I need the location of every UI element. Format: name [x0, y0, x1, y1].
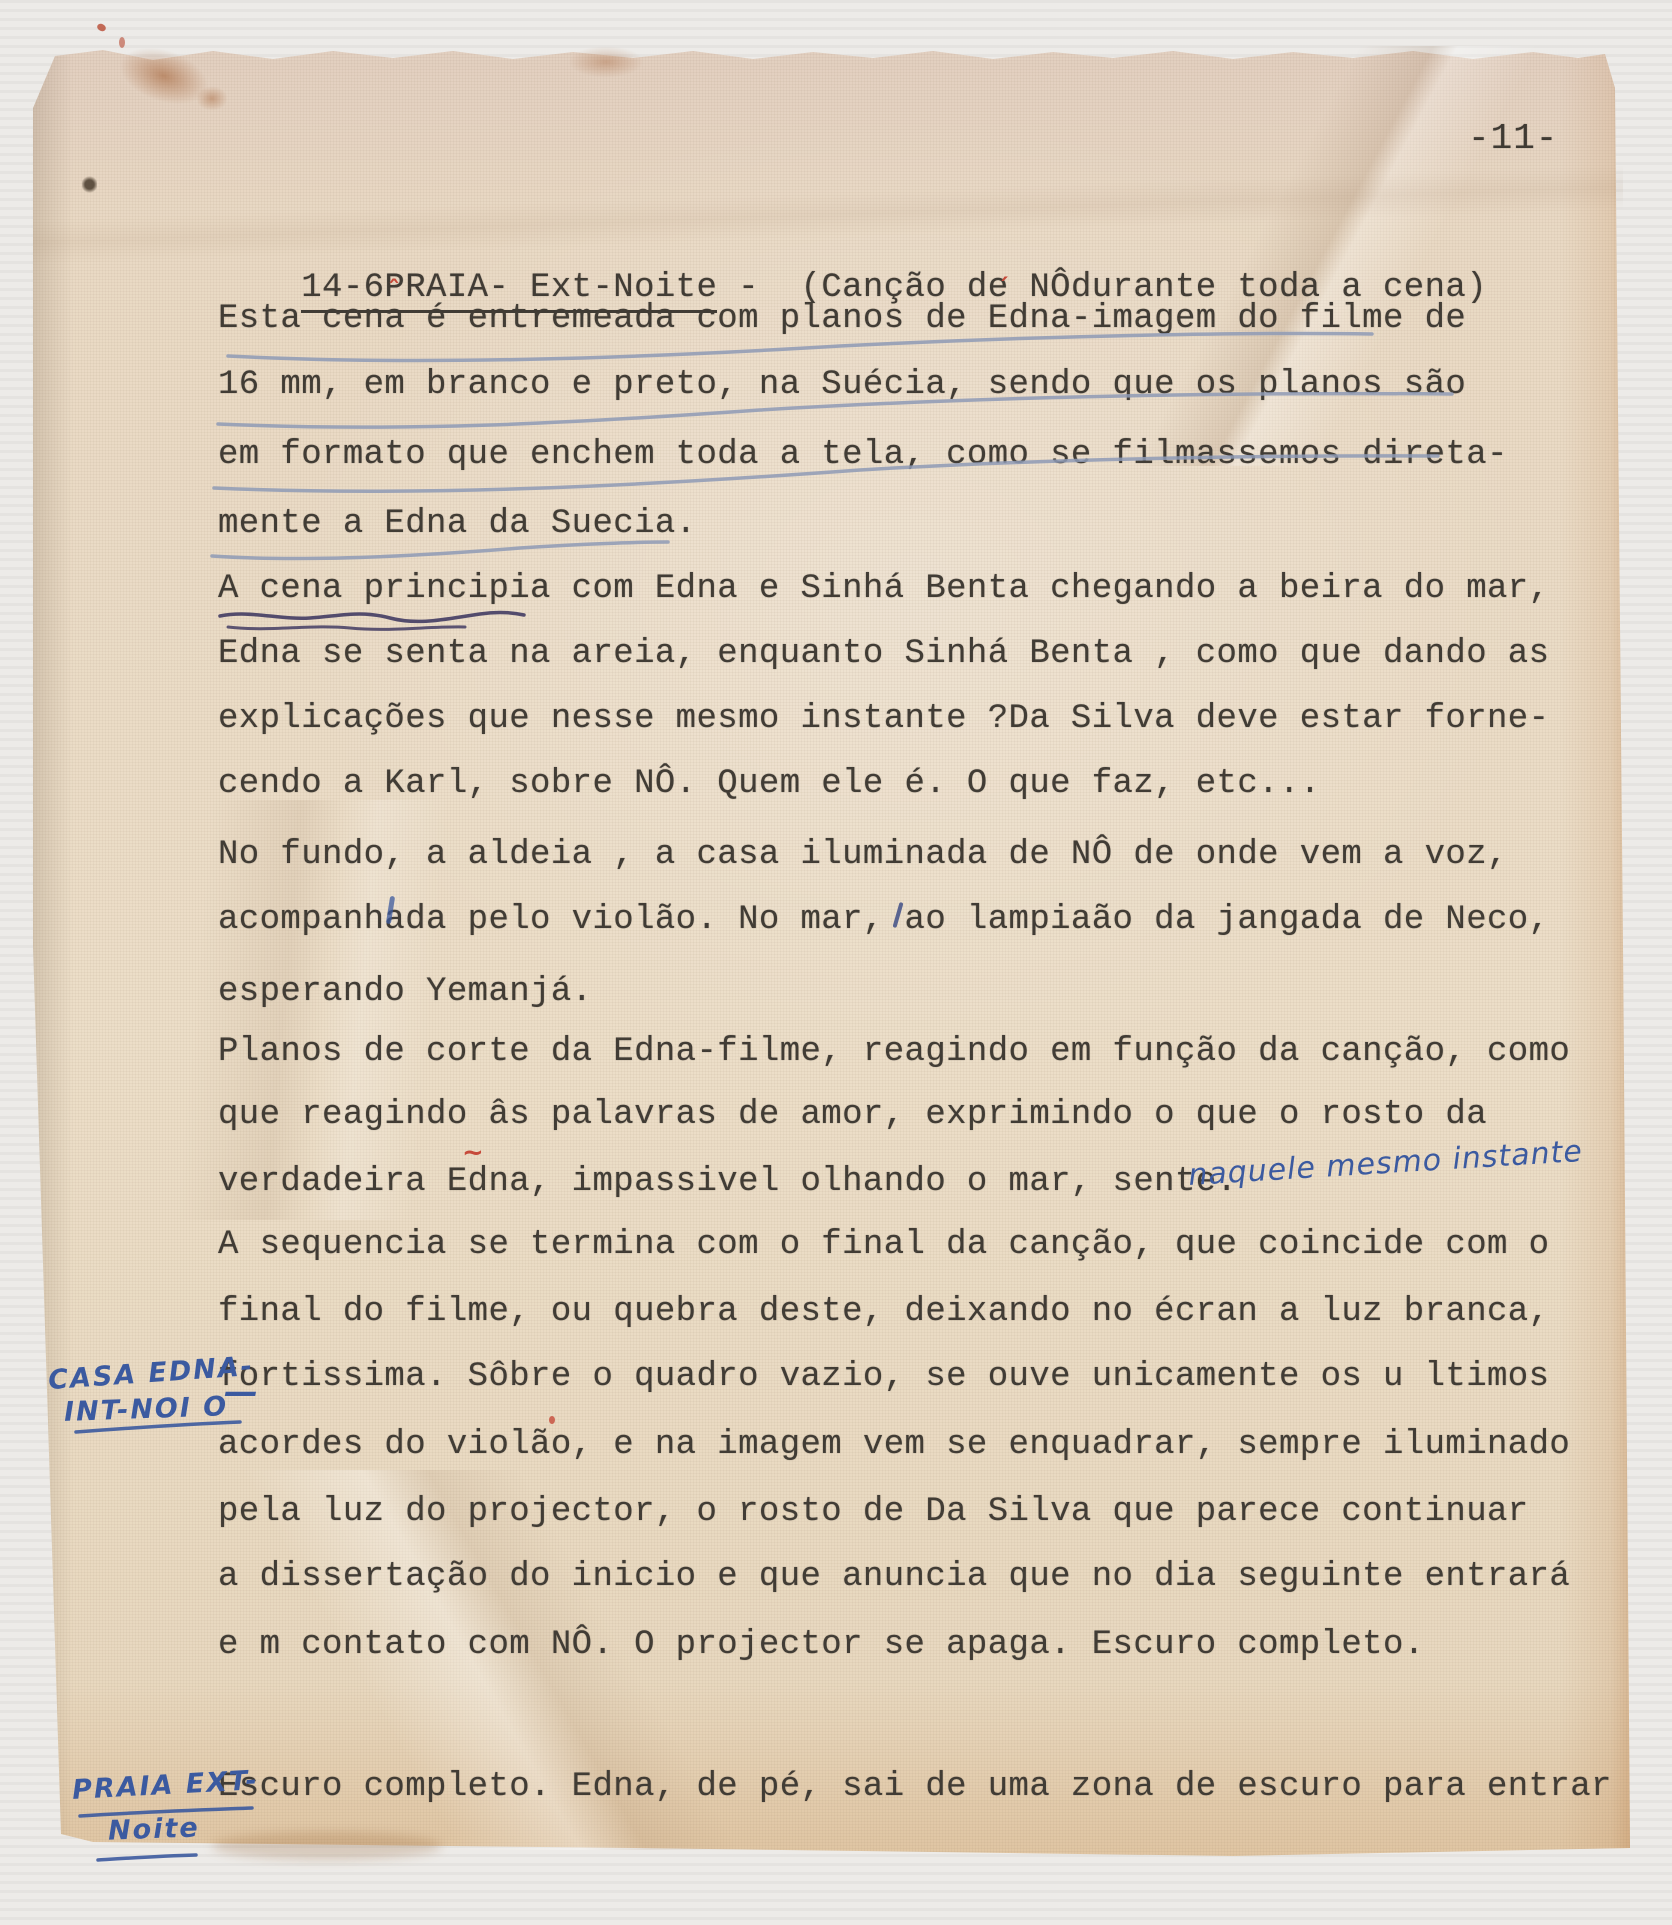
red-speck [96, 22, 107, 32]
red-speck [119, 37, 125, 48]
typed-line: esperando Yemanjá. [218, 975, 592, 1009]
typed-line: Edna se senta na areia, enquanto Sinhá B… [218, 637, 1549, 671]
typed-line: acordes do violão, e na imagem vem se en… [218, 1428, 1570, 1462]
typed-line: cendo a Karl, sobre NÔ. Quem ele é. O qu… [218, 767, 1321, 801]
margin-note-dash: — [224, 1372, 260, 1412]
typed-line: a dissertação do inicio e que anuncia qu… [218, 1560, 1570, 1594]
typed-line: e m contato com NÔ. O projector se apaga… [218, 1628, 1425, 1662]
typed-line: Esta cena é entremeada com planos de Edn… [218, 302, 1466, 336]
margin-note-praia-line2: Noite [107, 1812, 200, 1846]
typed-line: explicações que nesse mesmo instante ?Da… [218, 702, 1549, 736]
page-number: -11- [1468, 118, 1558, 159]
typed-line: final do filme, ou quebra deste, deixand… [218, 1295, 1549, 1329]
scanned-script-page: -11- 14-6PRAIA- Ext-Noite - (Canção de N… [0, 0, 1672, 1925]
typed-line: A sequencia se termina com o final da ca… [218, 1228, 1549, 1262]
typed-line: pela luz do projector, o rosto de Da Sil… [218, 1495, 1529, 1529]
typed-line: verdadeira Edna, impassivel olhando o ma… [218, 1165, 1237, 1199]
typed-line: 16 mm, em branco e preto, na Suécia, sen… [218, 368, 1466, 402]
typed-line: No fundo, a aldeia , a casa iluminada de… [218, 838, 1508, 872]
typed-line: Planos de corte da Edna-filme, reagindo … [218, 1035, 1570, 1069]
margin-note-underline [98, 1855, 196, 1860]
typed-line: Escuro completo. Edna, de pé, sai de uma… [218, 1770, 1612, 1804]
typed-line: A cena principia com Edna e Sinhá Benta … [218, 572, 1549, 606]
typed-line: fortissima. Sôbre o quadro vazio, se ouv… [218, 1360, 1549, 1394]
red-dot-mark [549, 1416, 555, 1424]
typed-line: que reagindo âs palavras de amor, exprim… [218, 1098, 1487, 1132]
typed-line: em formato que enchem toda a tela, como … [218, 438, 1508, 472]
red-accent-mark: ´ [997, 274, 1009, 302]
typed-line: acompanhada pelo violão. No mar, ao lamp… [218, 903, 1549, 937]
red-caret-mark: ˆ [388, 276, 400, 304]
red-tilde-mark: ~ [462, 1138, 484, 1168]
margin-note-casa-edna-line2: INT-NOI O [64, 1391, 229, 1428]
typed-line: mente a Edna da Suecia. [218, 507, 696, 541]
